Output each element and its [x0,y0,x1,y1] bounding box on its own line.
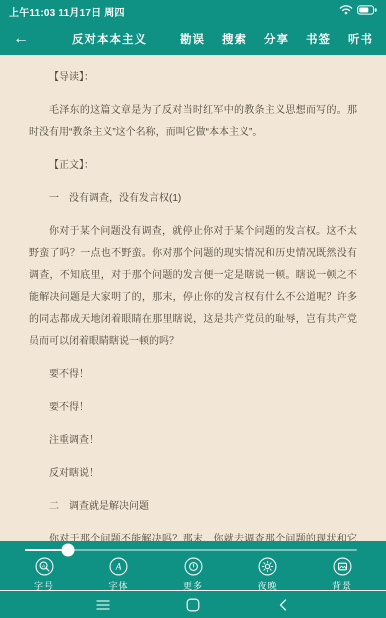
svg-text:A: A [115,563,122,573]
back-icon[interactable] [268,595,298,615]
paragraph: 毛泽东的这篇文章是为了反对当时红军中的教条主义思想而写的。那时没有用“教条主义”… [29,100,357,144]
font-size-icon: A [35,557,54,576]
recents-icon[interactable] [88,595,118,615]
status-datetime: 上午11:03 11月17日 周四 [9,4,125,19]
reading-toolbar: A 字号 A 字体 [0,541,386,590]
font-family-button[interactable]: A 字体 [100,557,138,592]
night-mode-button[interactable]: 夜晚 [249,557,287,592]
paragraph: 【正文】： [29,155,357,177]
action-errata[interactable]: 勘误 [180,31,205,47]
back-arrow-icon[interactable]: ← [13,31,29,47]
paragraph: 要不得！ [29,397,357,419]
reader-app-screen: 上午11:03 11月17日 周四 ← 反对本本主义 勘误 [0,0,386,618]
night-mode-icon [258,557,277,576]
toolbar-buttons: A 字号 A 字体 [0,557,386,592]
paragraph: 【导读】： [29,67,357,89]
action-bookmark[interactable]: 书签 [306,31,331,47]
paragraph: 反对瞎说！ [29,463,357,485]
progress-slider[interactable] [25,549,357,551]
home-icon[interactable] [178,595,208,615]
font-family-icon: A [109,557,128,576]
status-bar: 上午11:03 11月17日 周四 [0,0,386,22]
paragraph: 二 调查就是解决问题 [29,496,357,518]
reader-page[interactable]: 【导读】： 毛泽东的这篇文章是为了反对当时红军中的教条主义思想而写的。那时没有用… [0,55,386,618]
action-listen[interactable]: 听书 [348,31,373,47]
paragraph: 你对于某个问题没有调查，就停止你对于某个问题的发言权。这不太野蛮了吗？一点也不野… [29,221,357,353]
progress-slider-thumb[interactable] [62,544,75,557]
font-size-button[interactable]: A 字号 [25,557,63,592]
action-search[interactable]: 搜索 [222,31,247,47]
action-share[interactable]: 分享 [264,31,289,47]
book-title: 反对本本主义 [72,31,147,47]
wifi-icon [339,2,353,20]
paragraph: 一 没有调查，没有发言权(1) [29,188,357,210]
background-icon [333,557,352,576]
system-nav-bar [0,591,386,618]
app-bar-actions: 勘误 搜索 分享 书签 听书 [180,31,373,47]
paragraph: 要不得！ [29,364,357,386]
more-button[interactable]: 更多 [174,557,212,592]
app-bar: ← 反对本本主义 勘误 搜索 分享 书签 听书 [0,22,386,55]
paragraph: 注重调查！ [29,430,357,452]
battery-icon [357,2,377,20]
background-button[interactable]: 背景 [323,557,361,592]
more-icon [184,557,203,576]
